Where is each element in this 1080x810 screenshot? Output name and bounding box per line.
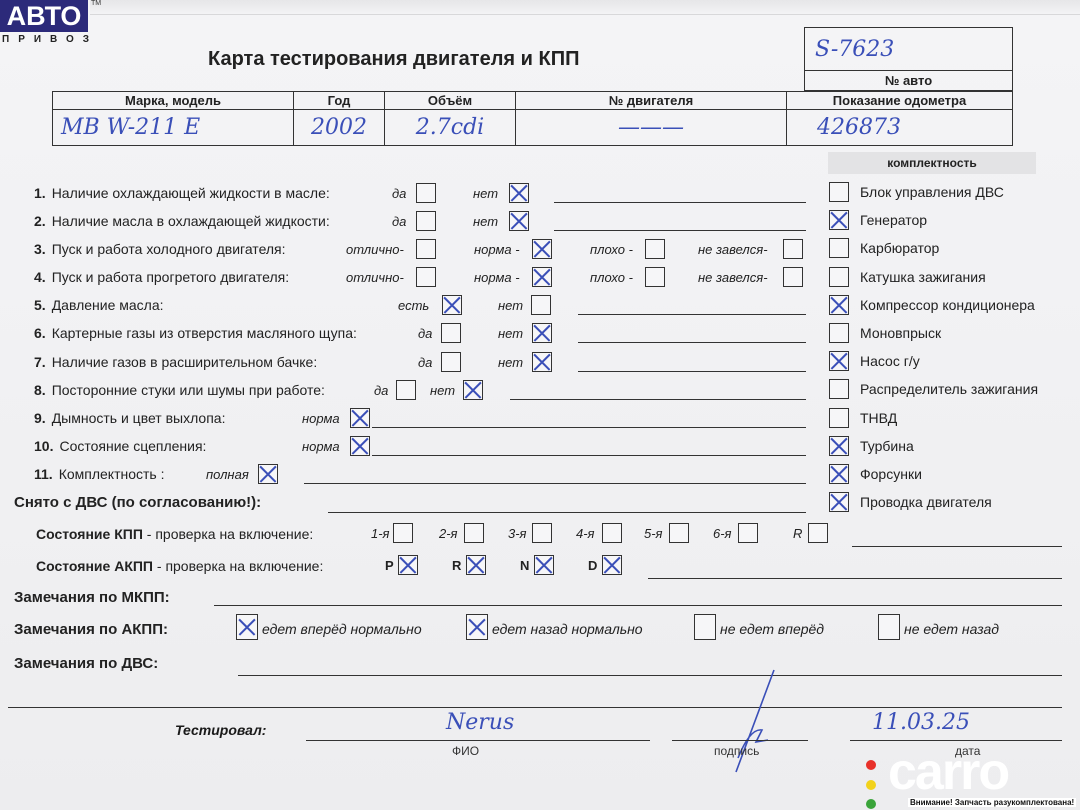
option-checkbox[interactable] bbox=[441, 323, 461, 343]
option-label: норма bbox=[302, 439, 340, 454]
question-text: Пуск и работа холодного двигателя: bbox=[52, 241, 286, 257]
col-odometer: Показание одометра bbox=[787, 92, 1013, 110]
gear-checkbox[interactable] bbox=[534, 555, 554, 575]
kit-item-label: Генератор bbox=[860, 212, 927, 228]
watermark-logo: carro bbox=[888, 742, 1008, 802]
question-number: 1. bbox=[34, 185, 46, 201]
question-1: 1.Наличие охлаждающей жидкости в масле: bbox=[34, 185, 330, 201]
kit-item-label: Форсунки bbox=[860, 466, 922, 482]
question-text: Состояние сцепления: bbox=[59, 438, 206, 454]
option-label: норма - bbox=[474, 270, 520, 285]
option-label: нет bbox=[498, 298, 523, 313]
question-9: 9.Дымность и цвет выхлопа: bbox=[34, 410, 225, 426]
gear-checkbox[interactable] bbox=[669, 523, 689, 543]
kit-item-label: Проводка двигателя bbox=[860, 494, 992, 510]
akpp-remark-checkbox[interactable] bbox=[694, 614, 716, 640]
option-checkbox[interactable] bbox=[441, 352, 461, 372]
option-checkbox[interactable] bbox=[532, 323, 552, 343]
removed-line bbox=[328, 512, 806, 513]
option-checkbox[interactable] bbox=[645, 267, 665, 287]
answer-line[interactable] bbox=[304, 483, 806, 484]
make-model-value: МВ W-211 E bbox=[61, 115, 200, 140]
gear-checkbox[interactable] bbox=[393, 523, 413, 543]
option-label: отлично- bbox=[346, 242, 404, 257]
manual_gearbox-label-rest: - проверка на включение: bbox=[143, 526, 313, 542]
tested-by-label: Тестировал: bbox=[175, 722, 266, 738]
option-label: да bbox=[418, 355, 432, 370]
kit-item-label: Турбина bbox=[860, 438, 914, 454]
kit-checkbox[interactable] bbox=[829, 351, 849, 371]
option-label: нет bbox=[498, 355, 523, 370]
question-2: 2.Наличие масла в охлаждающей жидкости: bbox=[34, 213, 330, 229]
option-label: да bbox=[374, 383, 388, 398]
gear-checkbox[interactable] bbox=[808, 523, 828, 543]
question-text: Наличие масла в охлаждающей жидкости: bbox=[52, 213, 330, 229]
document-page: АВТО TM ПРИВОЗ Карта тестирования двигат… bbox=[0, 0, 1080, 810]
kit-checkbox[interactable] bbox=[829, 295, 849, 315]
name-line bbox=[306, 740, 650, 741]
question-number: 7. bbox=[34, 354, 46, 370]
kit-checkbox[interactable] bbox=[829, 323, 849, 343]
option-label: не завелся- bbox=[698, 270, 768, 285]
date-value: 11.03.25 bbox=[872, 710, 970, 735]
gear-label: D bbox=[588, 558, 597, 573]
watermark-dot-yellow bbox=[866, 780, 876, 790]
question-10: 10.Состояние сцепления: bbox=[34, 438, 206, 454]
kit-item-label: ТНВД bbox=[860, 410, 897, 426]
gear-label: P bbox=[385, 558, 394, 573]
gear-label: 6-я bbox=[713, 526, 732, 541]
kit-item-label: Распределитель зажигания bbox=[860, 381, 1038, 397]
volume-value: 2.7cdi bbox=[416, 115, 484, 140]
year-value: 2002 bbox=[311, 115, 367, 140]
option-label: отлично- bbox=[346, 270, 404, 285]
option-checkbox[interactable] bbox=[531, 295, 551, 315]
gear-label: R bbox=[452, 558, 461, 573]
question-11: 11.Комплектность : bbox=[34, 466, 165, 482]
tester-name-value: Nerus bbox=[446, 710, 514, 735]
answer-line[interactable] bbox=[578, 314, 806, 315]
option-checkbox[interactable] bbox=[532, 239, 552, 259]
question-text: Комплектность : bbox=[59, 466, 165, 482]
kit-title: комплектность bbox=[828, 152, 1036, 174]
kit-item-label: Насос г/у bbox=[860, 353, 920, 369]
gear-checkbox[interactable] bbox=[602, 555, 622, 575]
option-label: полная bbox=[206, 467, 249, 482]
kit-item-label: Карбюратор bbox=[860, 240, 939, 256]
question-text: Картерные газы из отверстия масляного щу… bbox=[52, 325, 357, 341]
name-caption: ФИО bbox=[452, 744, 479, 758]
dvs-remarks-label: Замечания по ДВС: bbox=[14, 655, 158, 672]
answer-line[interactable] bbox=[510, 399, 806, 400]
watermark-warning: Внимание! Запчасть разукомплектована! bbox=[908, 798, 1076, 807]
kit-checkbox[interactable] bbox=[829, 464, 849, 484]
kit-checkbox[interactable] bbox=[829, 436, 849, 456]
option-label: плохо - bbox=[590, 242, 633, 257]
question-text: Наличие охлаждающей жидкости в масле: bbox=[52, 185, 330, 201]
gear-checkbox[interactable] bbox=[398, 555, 418, 575]
answer-line[interactable] bbox=[578, 342, 806, 343]
kit-checkbox[interactable] bbox=[829, 267, 849, 287]
question-number: 3. bbox=[34, 241, 46, 257]
option-label: есть bbox=[398, 298, 429, 313]
answer-line[interactable] bbox=[578, 371, 806, 372]
option-checkbox[interactable] bbox=[509, 183, 529, 203]
gear-label: R bbox=[793, 526, 802, 541]
kit-checkbox[interactable] bbox=[829, 238, 849, 258]
option-label: нет bbox=[473, 186, 498, 201]
question-number: 11. bbox=[34, 466, 53, 482]
question-7: 7.Наличие газов в расширительном бачке: bbox=[34, 354, 317, 370]
logo-subtitle: ПРИВОЗ bbox=[2, 34, 98, 45]
question-6: 6.Картерные газы из отверстия масляного … bbox=[34, 325, 357, 341]
col-volume: Объём bbox=[385, 92, 516, 110]
watermark-dot-green bbox=[866, 799, 876, 809]
question-number: 2. bbox=[34, 213, 46, 229]
question-number: 4. bbox=[34, 269, 46, 285]
gear-checkbox[interactable] bbox=[466, 555, 486, 575]
signature-mark bbox=[720, 668, 780, 778]
manual_gearbox-remarks-line[interactable] bbox=[852, 546, 1062, 547]
option-checkbox[interactable] bbox=[416, 267, 436, 287]
option-checkbox[interactable] bbox=[463, 380, 483, 400]
auto_gearbox-label: Состояние АКПП - проверка на включение: bbox=[36, 558, 323, 574]
date-line bbox=[850, 740, 1062, 741]
question-text: Давление масла: bbox=[52, 297, 164, 313]
question-3: 3.Пуск и работа холодного двигателя: bbox=[34, 241, 286, 257]
removed-from-engine-label: Снято с ДВС (по согласованию!): bbox=[14, 494, 261, 511]
engine-number-value: ——— bbox=[618, 115, 684, 140]
divider-line bbox=[8, 707, 1062, 708]
car-number-box: S-7623 № авто bbox=[804, 27, 1013, 91]
option-label: нет bbox=[498, 326, 523, 341]
car-number-value: S-7623 bbox=[815, 37, 894, 62]
answer-line[interactable] bbox=[372, 455, 806, 456]
mkpp-remarks-line[interactable] bbox=[214, 605, 1062, 606]
col-year: Год bbox=[294, 92, 385, 110]
answer-line[interactable] bbox=[372, 427, 806, 428]
option-checkbox[interactable] bbox=[416, 239, 436, 259]
option-checkbox[interactable] bbox=[532, 267, 552, 287]
vehicle-info-table: Марка, модель Год Объём № двигателя Пока… bbox=[52, 91, 1013, 146]
gear-checkbox[interactable] bbox=[738, 523, 758, 543]
gear-label: 2-я bbox=[439, 526, 458, 541]
odometer-value: 426873 bbox=[817, 115, 901, 140]
answer-line[interactable] bbox=[554, 202, 806, 203]
option-label: нет bbox=[430, 383, 455, 398]
option-label: плохо - bbox=[590, 270, 633, 285]
signature-line bbox=[672, 740, 808, 741]
akpp-remark-label: едет вперёд нормально bbox=[262, 621, 422, 637]
gear-label: 3-я bbox=[508, 526, 527, 541]
dvs-remarks-line[interactable] bbox=[238, 675, 1062, 676]
kit-checkbox[interactable] bbox=[829, 408, 849, 428]
question-number: 9. bbox=[34, 410, 46, 426]
question-8: 8.Посторонние стуки или шумы при работе: bbox=[34, 382, 325, 398]
option-label: да bbox=[418, 326, 432, 341]
question-text: Наличие газов в расширительном бачке: bbox=[52, 354, 318, 370]
kit-item-label: Компрессор кондиционера bbox=[860, 297, 1035, 313]
akpp-remark-checkbox[interactable] bbox=[236, 614, 258, 640]
document-title: Карта тестирования двигателя и КПП bbox=[208, 48, 579, 71]
option-checkbox[interactable] bbox=[783, 239, 803, 259]
kit-checkbox[interactable] bbox=[829, 492, 849, 512]
gear-label: 1-я bbox=[371, 526, 390, 541]
answer-line[interactable] bbox=[554, 230, 806, 231]
col-engine-number: № двигателя bbox=[516, 92, 787, 110]
question-text: Посторонние стуки или шумы при работе: bbox=[52, 382, 325, 398]
car-number-label: № авто bbox=[805, 71, 1013, 91]
option-checkbox[interactable] bbox=[396, 380, 416, 400]
question-number: 8. bbox=[34, 382, 46, 398]
watermark-dot-red bbox=[866, 760, 876, 770]
akpp-remark-label: не едет назад bbox=[904, 621, 999, 637]
gear-checkbox[interactable] bbox=[602, 523, 622, 543]
kit-item-label: Блок управления ДВС bbox=[860, 184, 1004, 200]
signature-caption: подпись bbox=[714, 744, 759, 758]
option-checkbox[interactable] bbox=[350, 408, 370, 428]
option-checkbox[interactable] bbox=[532, 352, 552, 372]
logo: АВТО bbox=[0, 0, 88, 32]
option-label: да bbox=[392, 214, 406, 229]
option-checkbox[interactable] bbox=[509, 211, 529, 231]
auto_gearbox-label-rest: - проверка на включение: bbox=[153, 558, 323, 574]
kit-checkbox[interactable] bbox=[829, 182, 849, 202]
auto_gearbox-label-bold: Состояние АКПП bbox=[36, 558, 153, 574]
option-checkbox[interactable] bbox=[258, 464, 278, 484]
option-checkbox[interactable] bbox=[783, 267, 803, 287]
manual_gearbox-label-bold: Состояние КПП bbox=[36, 526, 143, 542]
gear-checkbox[interactable] bbox=[464, 523, 484, 543]
akpp-remark-label: едет назад нормально bbox=[492, 621, 643, 637]
question-number: 6. bbox=[34, 325, 46, 341]
kit-checkbox[interactable] bbox=[829, 210, 849, 230]
option-label: да bbox=[392, 186, 406, 201]
option-checkbox[interactable] bbox=[416, 211, 436, 231]
kit-checkbox[interactable] bbox=[829, 379, 849, 399]
question-text: Дымность и цвет выхлопа: bbox=[52, 410, 226, 426]
question-text: Пуск и работа прогретого двигателя: bbox=[52, 269, 289, 285]
gear-label: 4-я bbox=[576, 526, 595, 541]
question-4: 4.Пуск и работа прогретого двигателя: bbox=[34, 269, 289, 285]
option-checkbox[interactable] bbox=[350, 436, 370, 456]
akpp-remarks-label: Замечания по АКПП: bbox=[14, 621, 168, 638]
logo-tm: TM bbox=[91, 0, 101, 7]
option-checkbox[interactable] bbox=[416, 183, 436, 203]
gear-label: 5-я bbox=[644, 526, 663, 541]
col-make-model: Марка, модель bbox=[53, 92, 294, 110]
option-label: нет bbox=[473, 214, 498, 229]
kit-item-label: Катушка зажигания bbox=[860, 269, 986, 285]
option-label: норма - bbox=[474, 242, 520, 257]
question-number: 10. bbox=[34, 438, 53, 454]
gear-label: N bbox=[520, 558, 529, 573]
mkpp-remarks-label: Замечания по МКПП: bbox=[14, 589, 170, 606]
option-checkbox[interactable] bbox=[645, 239, 665, 259]
option-label: норма bbox=[302, 411, 340, 426]
gear-checkbox[interactable] bbox=[532, 523, 552, 543]
akpp-remark-checkbox[interactable] bbox=[466, 614, 488, 640]
question-5: 5.Давление масла: bbox=[34, 297, 164, 313]
question-number: 5. bbox=[34, 297, 46, 313]
auto_gearbox-remarks-line[interactable] bbox=[648, 578, 1062, 579]
option-label: не завелся- bbox=[698, 242, 768, 257]
akpp-remark-label: не едет вперёд bbox=[720, 621, 824, 637]
kit-item-label: Моновпрыск bbox=[860, 325, 941, 341]
manual_gearbox-label: Состояние КПП - проверка на включение: bbox=[36, 526, 313, 542]
akpp-remark-checkbox[interactable] bbox=[878, 614, 900, 640]
option-checkbox[interactable] bbox=[442, 295, 462, 315]
paper-fold bbox=[90, 0, 1080, 15]
